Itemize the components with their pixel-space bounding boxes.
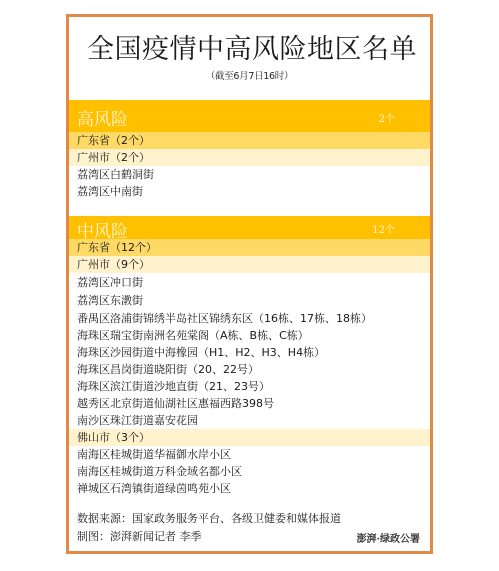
risk-area-list-card: 全国疫情中高风险地区名单 （截至6月7日16时） 高风险 2个 广东省（2个） … bbox=[66, 14, 433, 554]
high-risk-city-row: 广州市（2个） bbox=[69, 149, 430, 166]
high-risk-count: 2个 bbox=[379, 110, 395, 125]
medium-risk-area-row: 番禺区洛浦街锦绣半岛社区锦绣东区（16栋、17栋、18栋） bbox=[69, 310, 430, 327]
high-risk-area-row: 荔湾区白鹤洞街 bbox=[69, 166, 430, 183]
high-risk-area-row: 荔湾区中南街 bbox=[69, 183, 430, 200]
high-risk-header: 高风险 2个 bbox=[69, 100, 430, 132]
medium-risk-area-row: 禅城区石湾镇街道绿茵鸣苑小区 bbox=[69, 480, 430, 497]
medium-risk-city-row: 广州市（9个） bbox=[69, 256, 430, 273]
medium-risk-area-row: 南海区桂城街道万科金域名都小区 bbox=[69, 463, 430, 480]
medium-risk-area-row: 海珠区滨江街道沙地直街（21、23号） bbox=[69, 378, 430, 395]
data-source-text: 数据来源：国家政务服务平台、各级卫健委和媒体报道 bbox=[77, 510, 341, 526]
medium-risk-area-row: 越秀区北京街道仙湖社区惠福西路398号 bbox=[69, 395, 430, 412]
medium-risk-area-row: 荔湾区东漖街 bbox=[69, 292, 430, 309]
medium-risk-area-row: 海珠区瑞宝街南洲名苑棠阁（A栋、B栋、C栋） bbox=[69, 327, 430, 344]
credit-text: 制图：澎湃新闻记者 李季 bbox=[77, 528, 202, 544]
medium-risk-count: 12个 bbox=[372, 221, 395, 236]
medium-risk-header: 中风险 12个 bbox=[69, 216, 430, 239]
medium-risk-province-row: 广东省（12个） bbox=[69, 239, 430, 256]
high-risk-province-row: 广东省（2个） bbox=[69, 132, 430, 149]
document-subtitle: （截至6月7日16时） bbox=[69, 68, 430, 82]
medium-risk-area-row: 荔湾区冲口街 bbox=[69, 274, 430, 291]
document-title: 全国疫情中高风险地区名单 bbox=[87, 27, 432, 66]
medium-risk-area-row: 海珠区沙园街道中海橡园（H1、H2、H3、H4栋） bbox=[69, 344, 430, 361]
high-risk-label: 高风险 bbox=[77, 105, 128, 130]
medium-risk-city-row: 佛山市（3个） bbox=[69, 429, 430, 446]
publisher-watermark-logo: 澎湃·绿政公署 bbox=[357, 530, 420, 545]
medium-risk-area-row: 南沙区珠江街道嘉安花园 bbox=[69, 412, 430, 429]
medium-risk-area-row: 南海区桂城街道华福御水岸小区 bbox=[69, 446, 430, 463]
medium-risk-area-row: 海珠区昌岗街道晓阳街（20、22号） bbox=[69, 361, 430, 378]
